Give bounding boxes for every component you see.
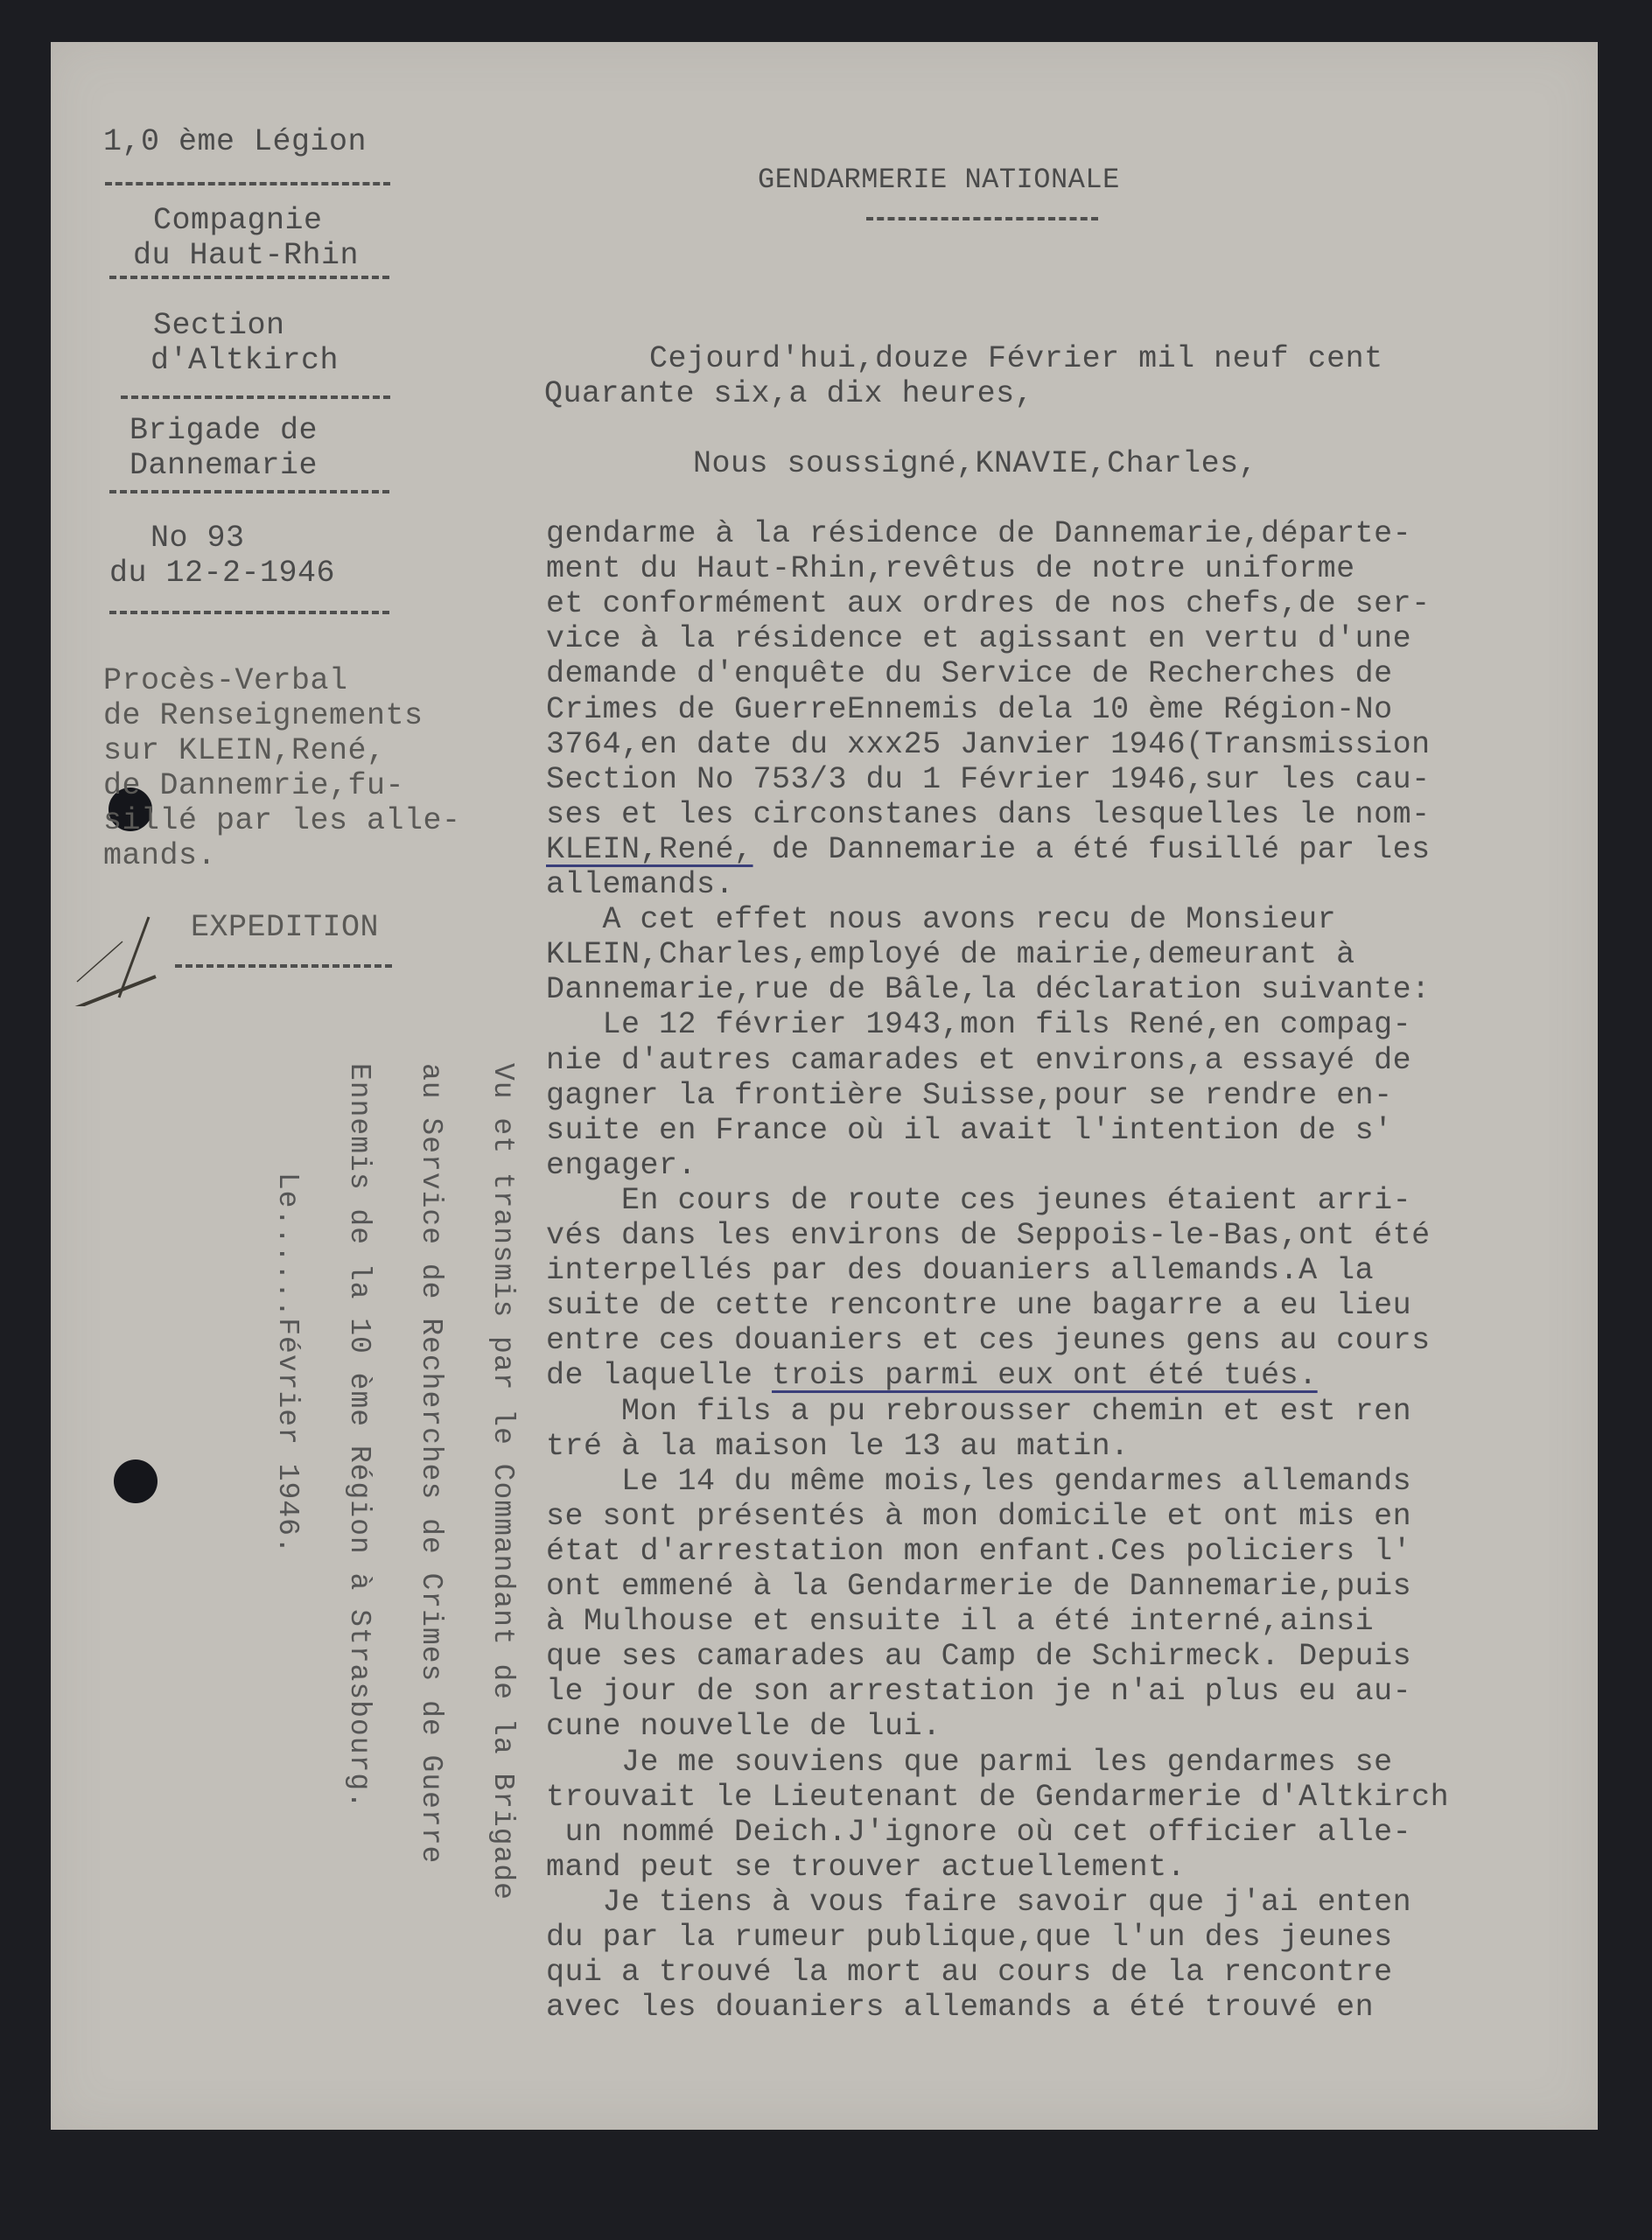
body-line: que ses camarades au Camp de Schirmeck. … (546, 1639, 1411, 1674)
body-line: suite en France où il avait l'intention … (546, 1113, 1393, 1148)
body-line: A cet effet nous avons recu de Monsieur (546, 902, 1336, 937)
divider (175, 964, 392, 968)
underlined-phrase: trois parmi eux ont été tués. (772, 1358, 1318, 1393)
body-line: cune nouvelle de lui. (546, 1709, 941, 1744)
divider (109, 276, 389, 279)
body-line-rest: de Dannemarie a été fusillé par les (753, 832, 1431, 867)
body-line: à Mulhouse et ensuite il a été interné,a… (546, 1604, 1374, 1639)
compagnie-label-2: du Haut-Rhin (133, 238, 359, 273)
body-line: Le 14 du même mois,les gendarmes alleman… (546, 1464, 1411, 1499)
divider (121, 395, 390, 399)
body-line: KLEIN,Charles,employé de mairie,demeuran… (546, 937, 1355, 972)
body-line-underlined: de laquelle trois parmi eux ont été tués… (546, 1358, 1318, 1393)
body-line: engager. (546, 1148, 696, 1183)
subject-line: sillé par les alle- (103, 803, 461, 838)
body-line: tré à la maison le 13 au matin. (546, 1429, 1130, 1464)
section-label-2: d'Altkirch (150, 343, 339, 378)
subject-line: sur KLEIN,René, (103, 733, 386, 768)
body-line: demande d'enquête du Service de Recherch… (546, 656, 1393, 691)
body-line: un nommé Deich.J'ignore où cet officier … (546, 1815, 1411, 1850)
body-line: vice à la résidence et agissant en vertu… (546, 621, 1411, 656)
punch-hole-bottom (114, 1459, 157, 1503)
body-line: ment du Haut-Rhin,revêtus de notre unifo… (546, 551, 1355, 586)
document-number: No 93 (150, 521, 245, 556)
divider (109, 490, 389, 493)
section-label-1: Section (153, 308, 285, 343)
expedition-label: EXPEDITION (191, 910, 379, 945)
subject-line: Procès-Verbal (103, 663, 348, 698)
body-line: se sont présentés à mon domicile et ont … (546, 1499, 1411, 1534)
rotated-line: Le......Février 1946. (271, 1063, 303, 1555)
document-date: du 12-2-1946 (109, 556, 335, 591)
handwritten-number-mark (68, 910, 173, 1006)
body-line: trouvait le Lieutenant de Gendarmerie d'… (546, 1780, 1449, 1815)
body-line: gagner la frontière Suisse,pour se rendr… (546, 1078, 1393, 1113)
opening-line-2: Quarante six,a dix heures, (544, 376, 1033, 411)
body-line: du par la rumeur publique,que l'un des j… (546, 1920, 1393, 1955)
body-line: En cours de route ces jeunes étaient arr… (546, 1183, 1411, 1218)
body-line: mand peut se trouver actuellement. (546, 1850, 1186, 1885)
subject-line: mands. (103, 838, 216, 873)
divider (105, 182, 390, 185)
body-line: suite de cette rencontre une bagarre a e… (546, 1288, 1411, 1323)
body-line-underlined: KLEIN,René, de Dannemarie a été fusillé … (546, 832, 1431, 867)
body-line: entre ces douaniers et ces jeunes gens a… (546, 1323, 1431, 1358)
body-line-start: de laquelle (546, 1358, 772, 1393)
body-line: vés dans les environs de Seppois-le-Bas,… (546, 1218, 1431, 1253)
body-line: état d'arrestation mon enfant.Ces polici… (546, 1534, 1411, 1569)
body-line: qui a trouvé la mort au cours de la renc… (546, 1955, 1393, 1990)
body-line: allemands. (546, 867, 734, 902)
rotated-line: Ennemis de la 10 ème Région à Strasbourg… (343, 1063, 374, 1809)
underlined-name: KLEIN,René, (546, 832, 753, 867)
body-line: Dannemarie,rue de Bâle,la déclaration su… (546, 972, 1431, 1007)
page-title: GENDARMERIE NATIONALE (758, 163, 1120, 198)
body-line: Mon fils a pu rebrousser chemin et est r… (546, 1394, 1411, 1429)
body-line: Le 12 février 1943,mon fils René,en comp… (546, 1007, 1411, 1042)
body-line: ont emmené à la Gendarmerie de Dannemari… (546, 1569, 1411, 1604)
body-line: Section No 753/3 du 1 Février 1946,sur l… (546, 762, 1431, 797)
body-line: le jour de son arrestation je n'ai plus … (546, 1674, 1411, 1709)
title-underline (866, 217, 1098, 220)
opening-line-1: Cejourd'hui,douze Février mil neuf cent (649, 341, 1383, 376)
body-line: ses et les circonstanes dans lesquelles … (546, 797, 1431, 832)
body-line: avec les douaniers allemands a été trouv… (546, 1990, 1374, 2025)
body-line: gendarme à la résidence de Dannemarie,dé… (546, 516, 1411, 551)
opening-line-3: Nous soussigné,KNAVIE,Charles, (693, 446, 1257, 481)
body-line: 3764,en date du xxx25 Janvier 1946(Trans… (546, 727, 1431, 762)
body-line: Crimes de GuerreEnnemis dela 10 ème Régi… (546, 692, 1393, 727)
body-line: et conformément aux ordres de nos chefs,… (546, 586, 1431, 621)
body-line: Je me souviens que parmi les gendarmes s… (546, 1745, 1393, 1780)
legion-label: 1,0 ème Légion (103, 124, 367, 159)
subject-line: de Dannemrie,fu- (103, 768, 404, 803)
body-line: Je tiens à vous faire savoir que j'ai en… (546, 1885, 1411, 1920)
body-line: interpellés par des douaniers allemands.… (546, 1253, 1374, 1288)
rotated-line: Vu et transmis par le Commandant de la B… (486, 1063, 518, 1900)
rotated-line: au Service de Recherches de Crimes de Gu… (415, 1063, 446, 1864)
brigade-label-1: Brigade de (129, 413, 318, 448)
divider (109, 611, 389, 614)
body-line: nie d'autres camarades et environs,a ess… (546, 1043, 1411, 1078)
subject-line: de Renseignements (103, 698, 423, 733)
brigade-label-2: Dannemarie (129, 448, 318, 483)
compagnie-label-1: Compagnie (153, 203, 323, 238)
